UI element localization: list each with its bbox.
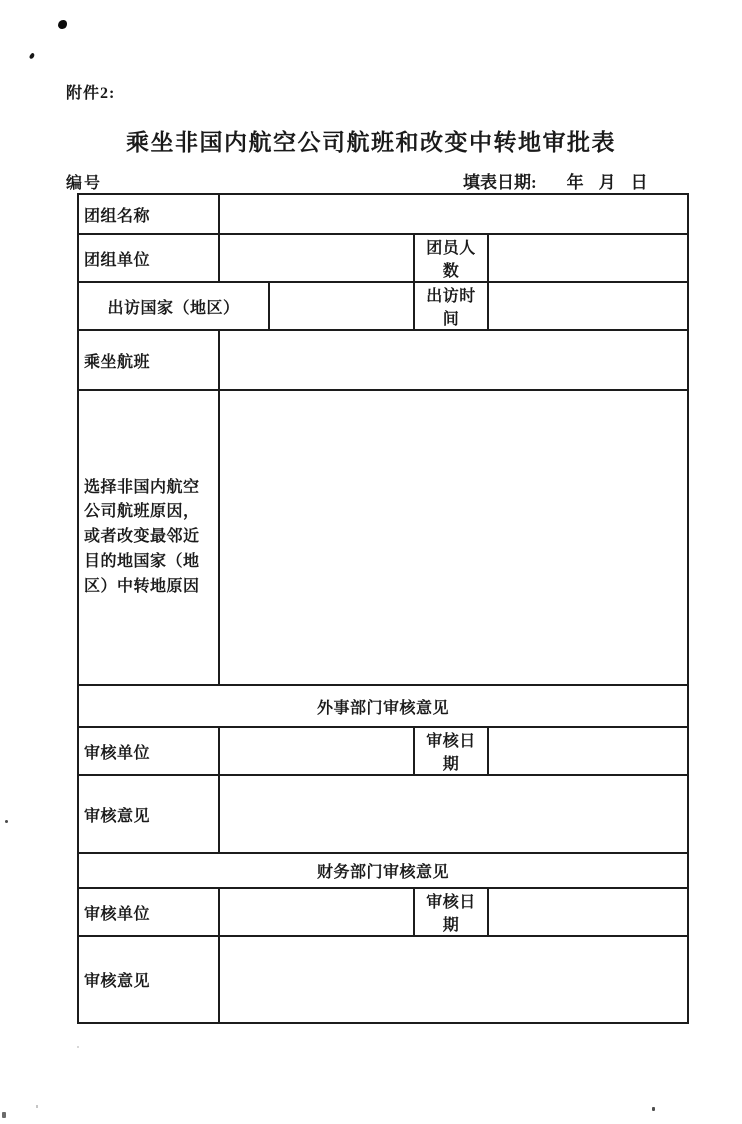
row-reason: 选择非国内航空公司航班原因，或者改变最邻近目的地国家（地区）中转地原因 [78, 390, 688, 685]
serial-number-label: 编号 [66, 170, 102, 193]
fa-review-unit-label: 审核单位 [78, 727, 219, 775]
fa-review-opinion-label: 审核意见 [78, 775, 219, 853]
foreign-affairs-section-header: 外事部门审核意见 [78, 685, 688, 727]
row-flight: 乘坐航班 [78, 330, 688, 390]
row-group-name: 团组名称 [78, 194, 688, 234]
visit-country-label: 出访国家（地区） [78, 282, 269, 330]
scan-speck-left [5, 820, 8, 823]
row-fa-review-opinion: 审核意见 [78, 775, 688, 853]
visit-time-label: 出访时间 [414, 282, 488, 330]
year-label: 年 [567, 173, 584, 192]
scan-speck-faint [77, 1046, 79, 1048]
visit-time-value-cell [488, 282, 688, 330]
row-fin-review-opinion: 审核意见 [78, 936, 688, 1023]
fa-review-date-value-cell [488, 727, 688, 775]
row-finance-header: 财务部门审核意见 [78, 853, 688, 888]
scanned-form-page: 附件2: 乘坐非国内航空公司航班和改变中转地审批表 编号 填表日期:年月日 团组… [0, 0, 742, 1124]
form-title: 乘坐非国内航空公司航班和改变中转地审批表 [0, 124, 742, 157]
reason-label: 选择非国内航空公司航班原因，或者改变最邻近目的地国家（地区）中转地原因 [78, 390, 219, 685]
fill-date-line: 填表日期:年月日 [463, 168, 648, 193]
fin-review-unit-value-cell [219, 888, 414, 936]
row-fin-review-unit: 审核单位 审核日期 [78, 888, 688, 936]
flight-value-cell [219, 330, 688, 390]
visit-country-value-cell [269, 282, 414, 330]
ink-speck-artifact [29, 52, 36, 59]
approval-form-table: 团组名称 团组单位 团员人数 出访国家（地区） 出访时间 乘坐航班 选择非国内航… [77, 193, 689, 1024]
group-name-value-cell [219, 194, 688, 234]
flight-label: 乘坐航班 [78, 330, 219, 390]
fa-review-unit-value-cell [219, 727, 414, 775]
fa-review-date-label: 审核日期 [414, 727, 488, 775]
group-unit-value-cell [219, 234, 414, 282]
attachment-label: 附件2: [66, 80, 115, 103]
month-label: 月 [599, 173, 616, 192]
fin-review-opinion-label: 审核意见 [78, 936, 219, 1023]
group-name-label: 团组名称 [78, 194, 219, 234]
row-group-unit: 团组单位 团员人数 [78, 234, 688, 282]
scan-speck-bottom-left [36, 1105, 38, 1108]
member-count-label: 团员人数 [414, 234, 488, 282]
scan-speck-bottom-right [652, 1107, 655, 1111]
ink-dot-artifact [58, 20, 67, 29]
day-label: 日 [631, 173, 648, 192]
reason-value-cell [219, 390, 688, 685]
fin-review-date-value-cell [488, 888, 688, 936]
fill-date-label: 填表日期: [463, 173, 537, 192]
fa-review-opinion-value-cell [219, 775, 688, 853]
fin-review-unit-label: 审核单位 [78, 888, 219, 936]
row-foreign-affairs-header: 外事部门审核意见 [78, 685, 688, 727]
member-count-value-cell [488, 234, 688, 282]
fin-review-date-label: 审核日期 [414, 888, 488, 936]
row-fa-review-unit: 审核单位 审核日期 [78, 727, 688, 775]
scan-speck-corner [2, 1112, 6, 1118]
fin-review-opinion-value-cell [219, 936, 688, 1023]
group-unit-label: 团组单位 [78, 234, 219, 282]
row-visit-country: 出访国家（地区） 出访时间 [78, 282, 688, 330]
finance-section-header: 财务部门审核意见 [78, 853, 688, 888]
